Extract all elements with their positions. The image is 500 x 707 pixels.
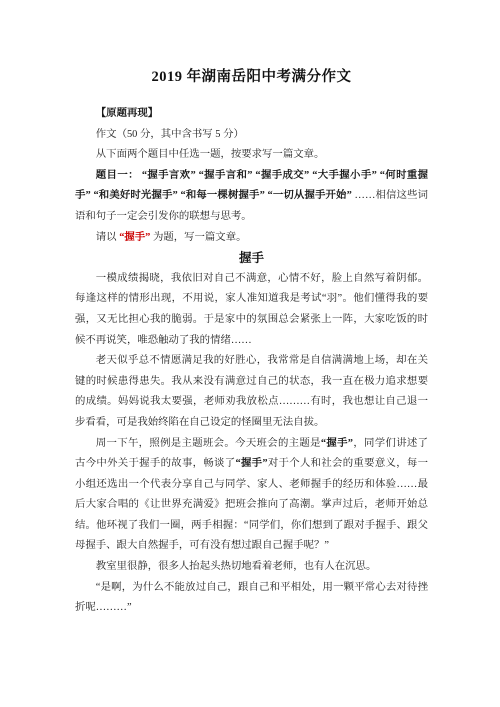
request-prefix: 请以 — [96, 232, 119, 243]
request-suffix: 为题，写一篇文章。 — [150, 232, 246, 243]
essay-paragraph-1: 一模成绩揭晓，我依旧对自己不满意，心情不好，脸上自然写着阴郁。每逢这样的情形出现… — [75, 269, 428, 351]
essay-paragraph-3: 周一下午，照例是主题班会。今天班会的主题是“握手”，同学们讲述了古今中外关于握手… — [75, 434, 428, 558]
essay-p3-bold-handshake-2: “握手” — [235, 458, 267, 469]
section-header-original-question: 【原题再现】 — [75, 104, 428, 125]
essay-p3-segment-5: 对于个人和社会的重要意义，每一小组还选出一个代表分享自己与同学、家人、老师握手的… — [75, 458, 428, 551]
essay-p3-segment-1: 周一下午，照例是主题班会。今天班会的主题是 — [96, 438, 321, 449]
essay-paragraph-4: 教室里很静，很多人抬起头热切地看着老师，也有人在沉思。 — [75, 557, 428, 578]
highlighted-essay-topic: “握手” — [119, 232, 150, 243]
intro-line-score: 作文（50 分，其中含书写 5 分） — [75, 125, 428, 146]
essay-title: 握手 — [75, 248, 428, 269]
document-content: 2019 年湖南岳阳中考满分作文 【原题再现】 作文（50 分，其中含书写 5 … — [75, 66, 428, 619]
topic-one-paragraph: 题目一： “握手言欢” “握手言和” “握手成交” “大手握小手” “何时重握手… — [75, 166, 428, 228]
document-page: 2019 年湖南岳阳中考满分作文 【原题再现】 作文（50 分，其中含书写 5 … — [0, 0, 500, 707]
request-line: 请以 “握手” 为题，写一篇文章。 — [75, 228, 428, 249]
essay-paragraph-5: “是啊，为什么不能放过自己，跟自己和平相处，用一颗平常心去对待挫折呢………” — [75, 578, 428, 619]
essay-paragraph-2: 老天似乎总不情愿满足我的好胜心，我常常是自信满满地上场，却在关键的时候患得患失。… — [75, 351, 428, 433]
document-title: 2019 年湖南岳阳中考满分作文 — [75, 66, 428, 88]
essay-p3-bold-handshake-1: “握手” — [321, 438, 353, 449]
intro-line-instruction: 从下面两个题目中任选一题，按要求写一篇文章。 — [75, 145, 428, 166]
